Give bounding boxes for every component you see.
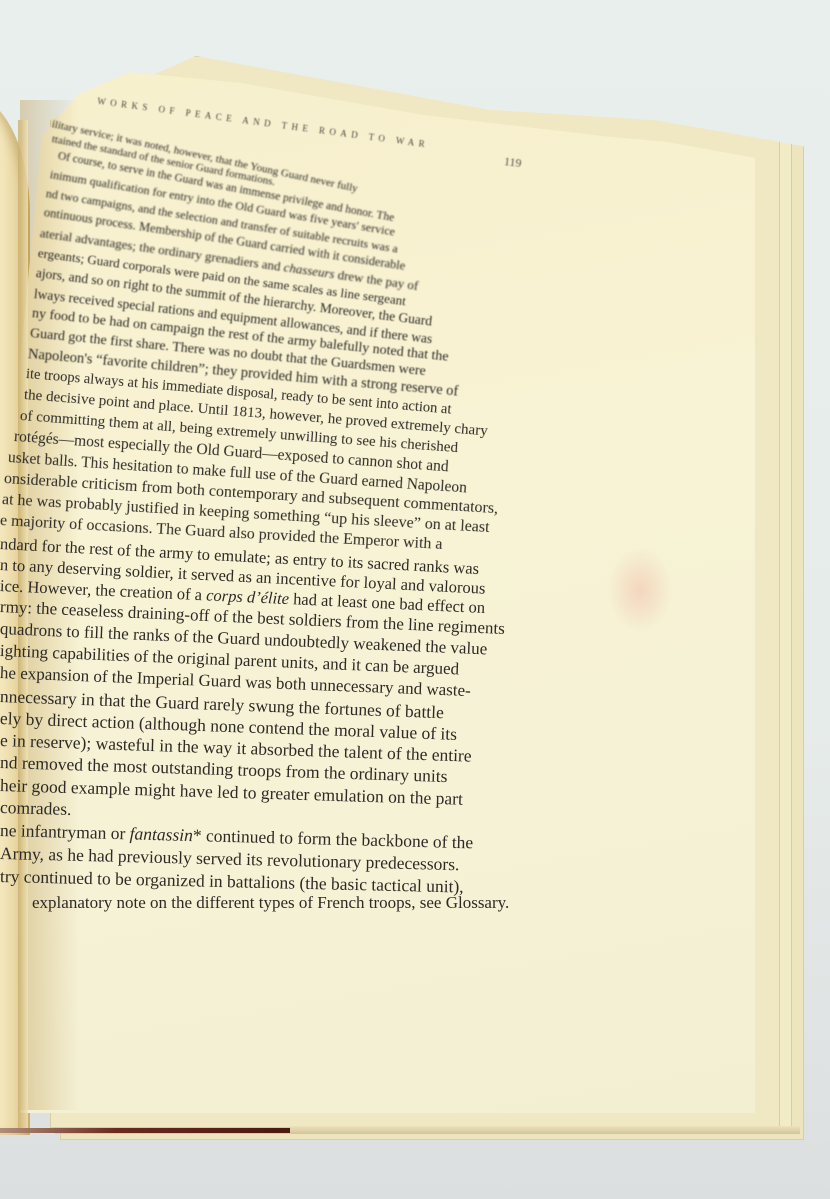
italic-term: fantassin [129,823,193,845]
italic-term: corps d’élite [206,585,290,608]
page-block-edge [290,1126,800,1134]
cover-edge [0,1128,290,1133]
page-stain [610,550,670,630]
page-number: 119 [503,154,522,171]
text-line: comrades. [0,797,72,820]
footnote: explanatory note on the different types … [32,893,509,913]
